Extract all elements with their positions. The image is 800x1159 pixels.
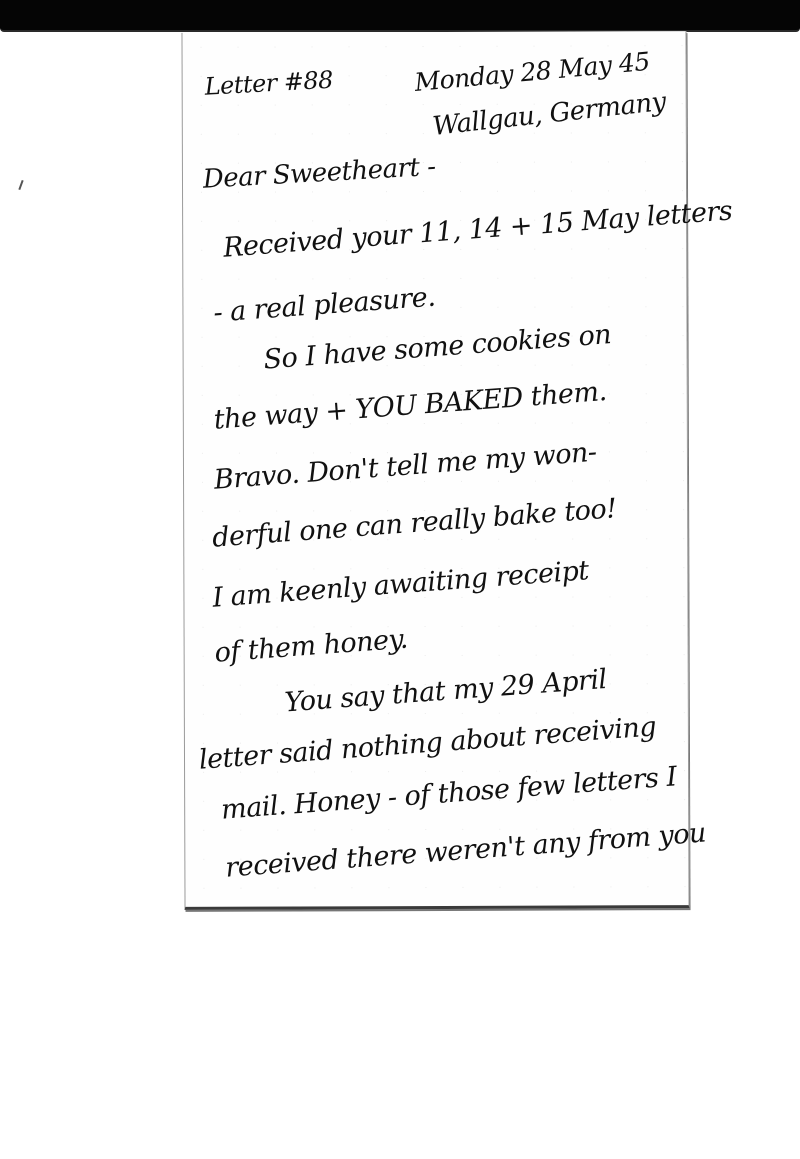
letter-page: Letter #88 Monday 28 May 45 Wallgau, Ger…	[181, 31, 689, 910]
body-line: I am keenly awaiting receipt	[211, 555, 589, 614]
body-line: So I have some cookies on	[262, 319, 612, 375]
body-line: Bravo. Don't tell me my won-	[213, 437, 598, 496]
scanner-top-edge	[0, 0, 800, 32]
body-line: the way + YOU BAKED them.	[213, 376, 608, 436]
body-line: derful one can really bake too!	[211, 493, 617, 554]
letter-date: Monday 28 May 45	[413, 47, 651, 97]
letter-number: Letter #88	[204, 66, 334, 101]
letter-location: Wallgau, Germany	[431, 87, 667, 142]
body-line: received there weren't any from you	[224, 817, 707, 883]
body-line: - a real pleasure.	[212, 282, 436, 329]
scan-artifact	[18, 180, 23, 190]
salutation: Dear Sweetheart -	[202, 152, 436, 195]
body-line: Received your 11, 14 + 15 May letters	[222, 195, 733, 263]
body-line: of them honey.	[214, 624, 409, 669]
body-line: You say that my 29 April	[284, 664, 608, 719]
body-line: letter said nothing about receiving	[198, 711, 657, 775]
body-line: mail. Honey - of those few letters I	[220, 761, 678, 825]
